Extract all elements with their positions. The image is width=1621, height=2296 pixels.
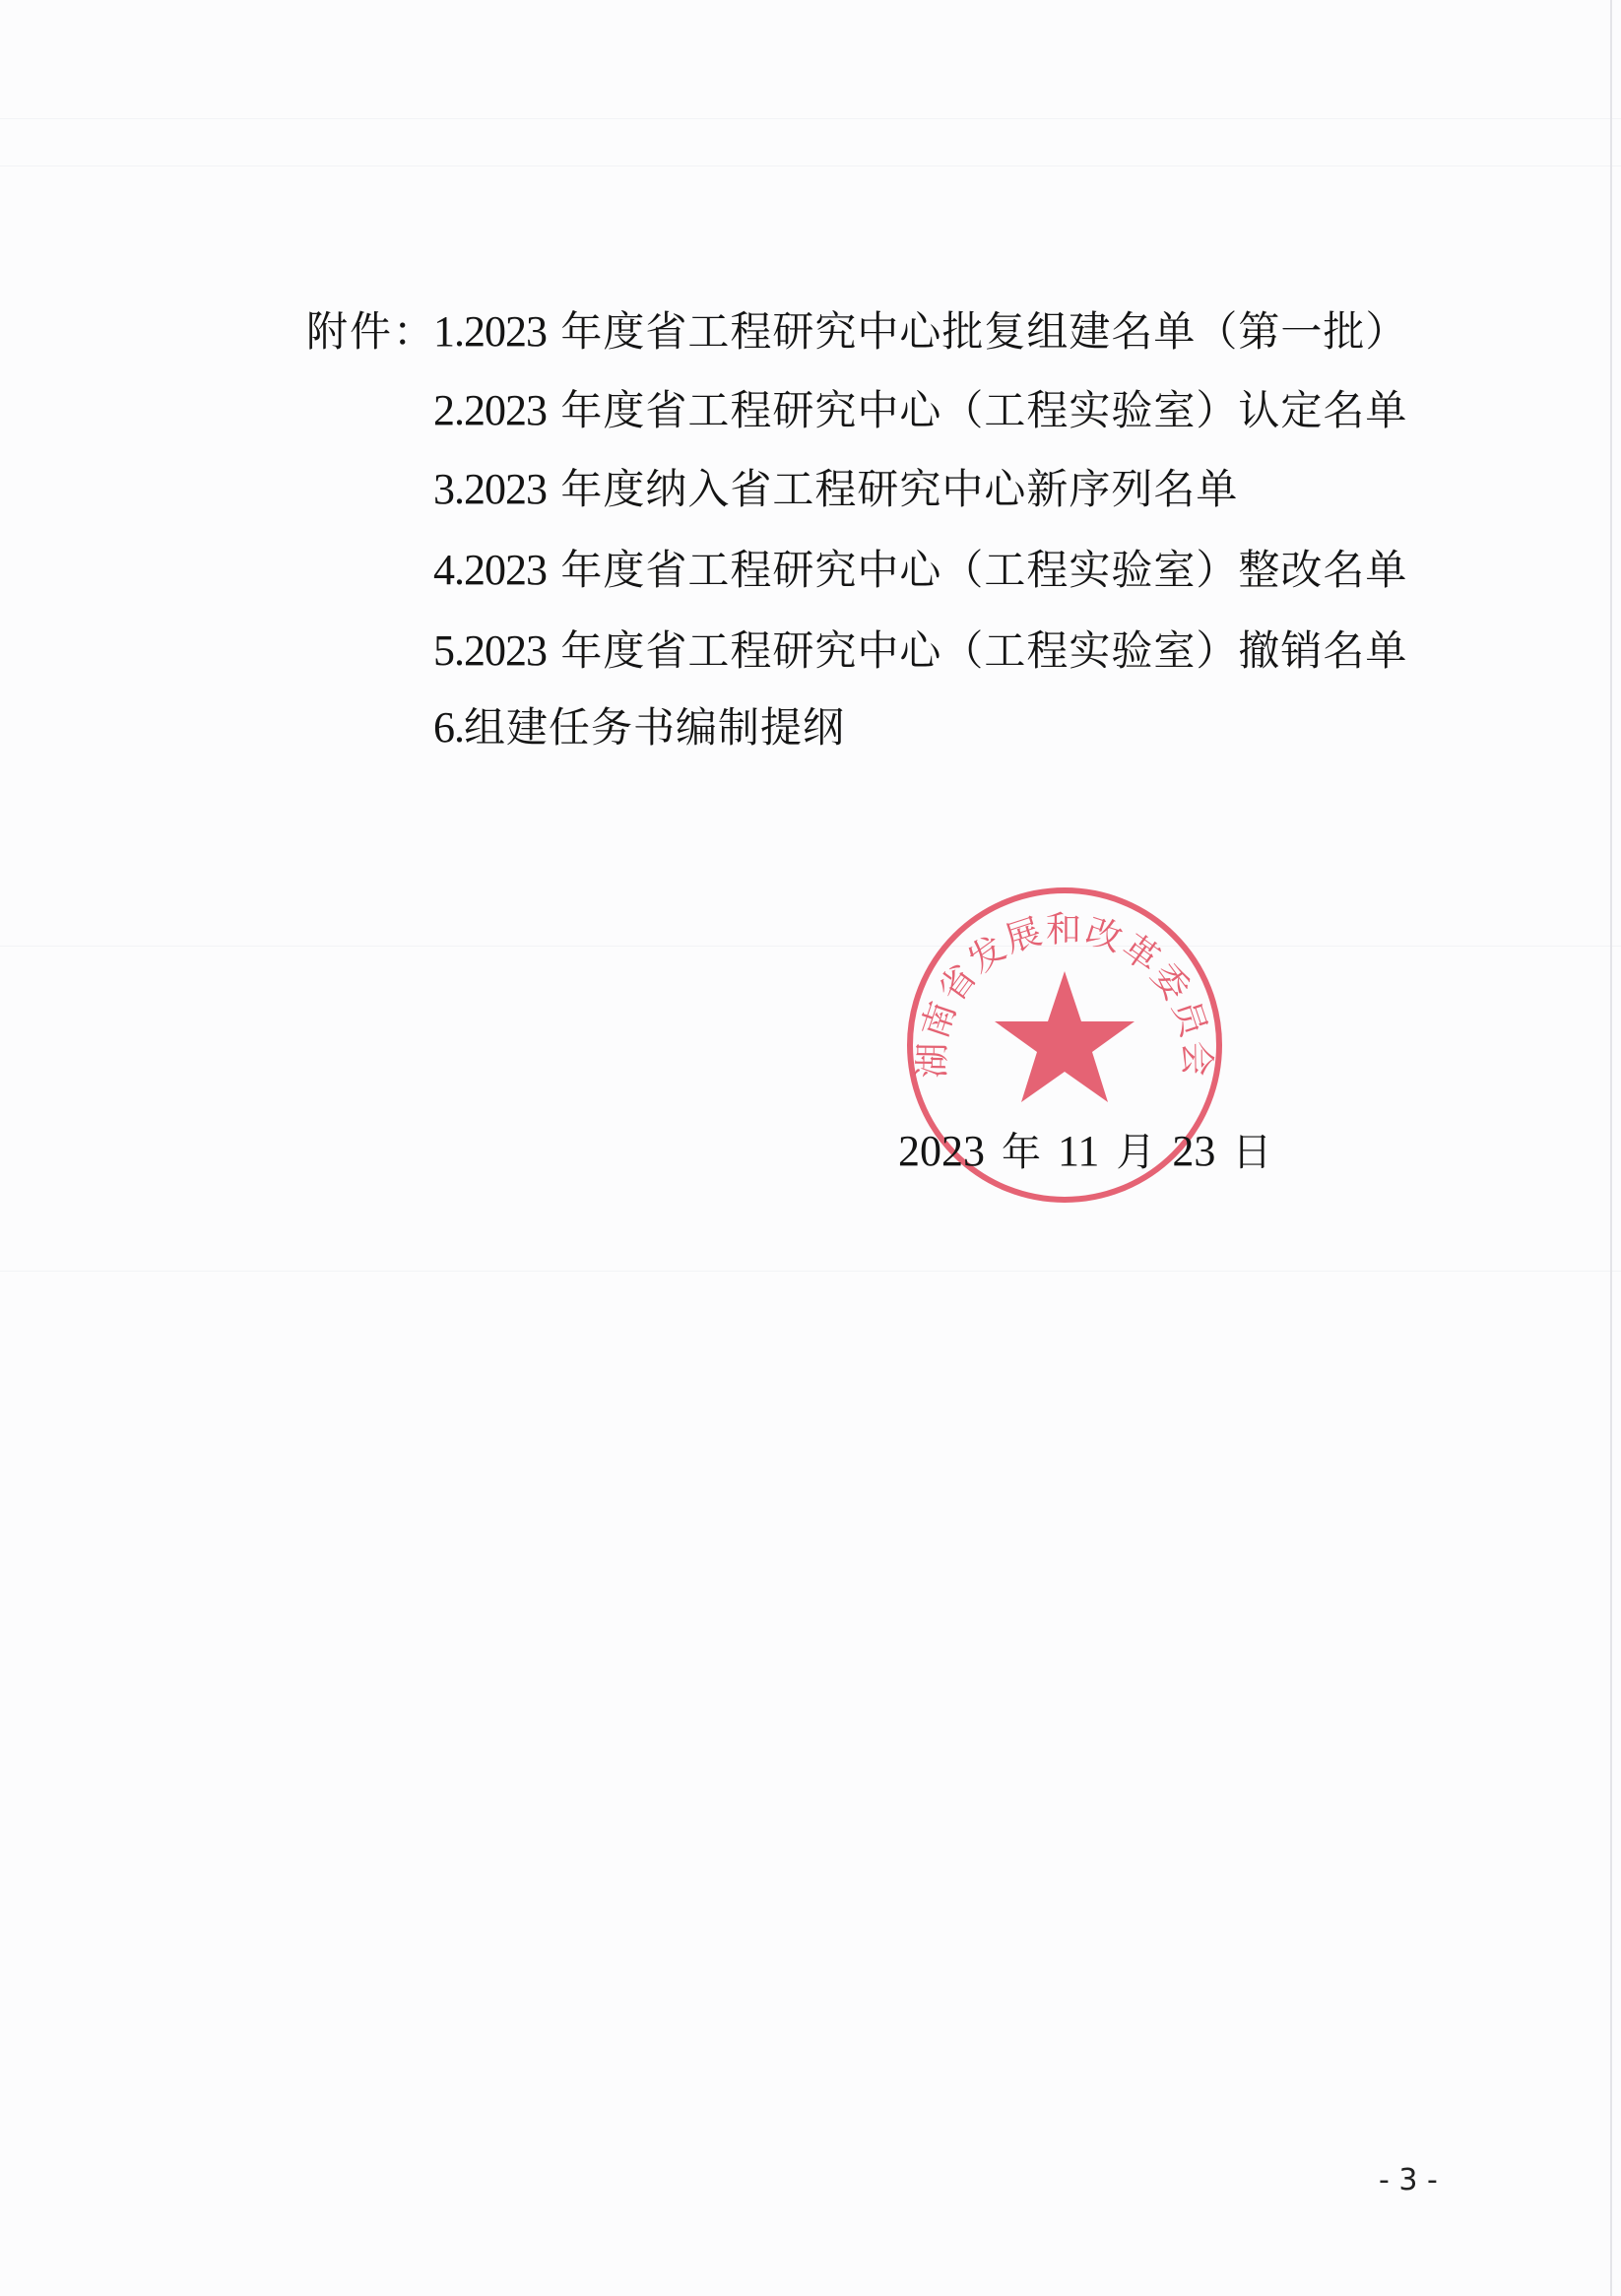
attachment-number: 3.2023 [433, 465, 547, 513]
attachment-item-3: 3.2023 年度纳入省工程研究中心新序列名单 [433, 457, 1238, 516]
page-number: - 3 - [1379, 2163, 1438, 2198]
attachment-number: 1.2023 [433, 307, 547, 356]
attachment-item-6: 6.组建任务书编制提纲 [433, 695, 845, 754]
attachment-title: 年度省工程研究中心（工程实验室）整改名单 [547, 546, 1407, 594]
date-month: 11 [1058, 1127, 1099, 1175]
attachment-title: 年度省工程研究中心（工程实验室）认定名单 [547, 386, 1407, 434]
document-date: 2023 年 11 月 23 日 [898, 1121, 1271, 1177]
attachment-number: 2.2023 [433, 386, 547, 434]
attachment-title: 年度纳入省工程研究中心新序列名单 [547, 465, 1238, 513]
attachment-number: 5.2023 [433, 626, 547, 675]
attachment-item-5: 5.2023 年度省工程研究中心（工程实验室）撤销名单 [433, 619, 1407, 678]
date-year: 2023 [898, 1127, 985, 1175]
attachment-item-1: 1.2023 年度省工程研究中心批复组建名单（第一批） [433, 299, 1407, 359]
attachment-number: 4.2023 [433, 546, 547, 594]
date-year-unit: 年 [1002, 1130, 1041, 1175]
attachment-title: 年度省工程研究中心批复组建名单（第一批） [547, 307, 1407, 356]
date-day-unit: 日 [1232, 1130, 1271, 1175]
page-edge [1610, 0, 1612, 2296]
date-month-unit: 月 [1116, 1130, 1155, 1175]
attachment-title: 组建任务书编制提纲 [464, 703, 845, 752]
attachment-title: 年度省工程研究中心（工程实验室）撤销名单 [547, 626, 1407, 675]
attachments-label: 附件： [306, 299, 436, 359]
date-day: 23 [1172, 1127, 1215, 1175]
attachment-item-4: 4.2023 年度省工程研究中心（工程实验室）整改名单 [433, 538, 1407, 597]
attachment-number: 6. [433, 703, 464, 752]
star-icon [995, 971, 1135, 1102]
document-page: 附件： 1.2023 年度省工程研究中心批复组建名单（第一批） 2.2023 年… [0, 0, 1621, 2296]
attachment-item-2: 2.2023 年度省工程研究中心（工程实验室）认定名单 [433, 378, 1407, 437]
